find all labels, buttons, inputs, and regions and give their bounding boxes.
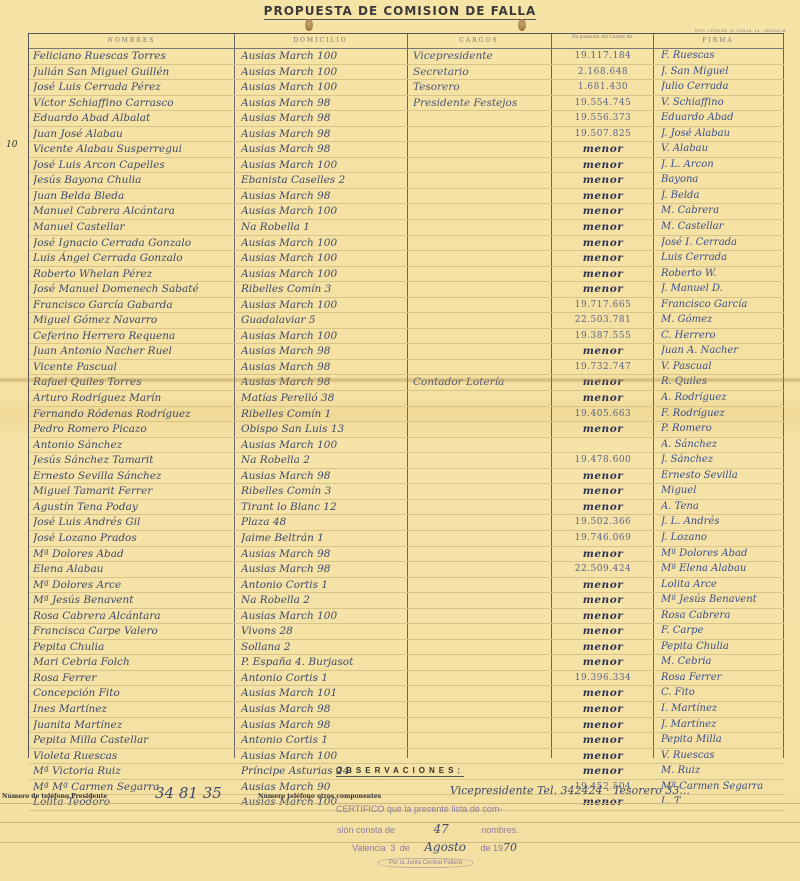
cell-domicilio: Ausias March 98 (241, 547, 407, 562)
cell-domicilio: Obispo San Luis 13 (241, 422, 407, 437)
cell-nombre: Manuel Castellar (33, 220, 233, 235)
cell-firma: Julio Cerrada (661, 80, 781, 95)
cell-firma: Mª Elena Alabau (661, 562, 781, 577)
cell-firma: M. Castellar (661, 220, 781, 235)
telefono-presidente-value: 34 81 35 (155, 784, 222, 802)
cell-carnet: menor (557, 142, 649, 157)
cell-carnet: menor (557, 204, 649, 219)
cell-carnet: menor (557, 189, 649, 204)
cell-carnet: menor (557, 686, 649, 701)
cell-carnet: menor (557, 578, 649, 593)
table-row: Juan Antonio Nacher RuelAusias March 98m… (29, 344, 784, 360)
table-row: Vicente PascualAusias March 9819.732.747… (29, 360, 784, 376)
cell-cargo (413, 655, 549, 670)
table-row: Jesús Sánchez TamaritNa Robella 219.478.… (29, 453, 784, 469)
certificado-suffix: nombres. (481, 825, 519, 835)
cell-cargo (413, 640, 549, 655)
cell-nombre: Víctor Schiaffino Carrasco (33, 96, 233, 111)
cell-firma: J. Belda (661, 189, 781, 204)
cell-nombre: Roberto Whelan Pérez (33, 267, 233, 282)
certificado-month: Agosto (424, 840, 466, 854)
cell-carnet: menor (557, 702, 649, 717)
cell-nombre: Eduardo Abad Albalat (33, 111, 233, 126)
cell-firma: F. Ruescas (661, 49, 781, 64)
table-row: José Lozano PradosJaime Beltrán 119.746.… (29, 531, 784, 547)
cell-cargo (413, 111, 549, 126)
cell-nombre: Violeta Ruescas (33, 749, 233, 764)
cell-carnet: menor (557, 236, 649, 251)
cell-firma: P. Romero (661, 422, 781, 437)
cell-firma: Pepita Milla (661, 733, 781, 748)
cell-domicilio: Ribelles Comín 3 (241, 282, 407, 297)
cell-cargo (413, 484, 549, 499)
cell-nombre: Rosa Ferrer (33, 671, 233, 686)
cell-firma: A. Tena (661, 500, 781, 515)
table-row: Mª Dolores ArceAntonio Cortis 1menorLoli… (29, 578, 784, 594)
cell-nombre: Luis Ángel Cerrada Gonzalo (33, 251, 233, 266)
header-carnet: En posesión del Carnet de (559, 34, 645, 49)
cell-domicilio: Matías Perelló 38 (241, 391, 407, 406)
cell-firma: Rosa Ferrer (661, 671, 781, 686)
certificado-de: de (400, 843, 410, 853)
cell-nombre: Mª Jesús Benavent (33, 593, 233, 608)
cell-cargo (413, 562, 549, 577)
cell-nombre: Manuel Cabrera Alcántara (33, 204, 233, 219)
cell-domicilio: Antonio Cortis 1 (241, 578, 407, 593)
cell-nombre: Concepción Fito (33, 686, 233, 701)
header-firma: FIRMA (653, 34, 783, 48)
table-row: Vicente Alabau SusperreguiAusias March 9… (29, 142, 784, 158)
cell-carnet: 1.681.430 (557, 80, 649, 95)
table-row: Manuel Cabrera AlcántaraAusias March 100… (29, 204, 784, 220)
cell-cargo (413, 142, 549, 157)
cell-domicilio: Ribelles Comín 3 (241, 484, 407, 499)
cell-nombre: Julián San Miguel Guillén (33, 65, 233, 80)
cell-nombre: Miguel Gómez Navarro (33, 313, 233, 328)
cell-domicilio: Ausias March 98 (241, 718, 407, 733)
certificado-count: 47 (434, 822, 449, 836)
cell-domicilio: Antonio Cortis 1 (241, 733, 407, 748)
cell-firma: J. San Miguel (661, 65, 781, 80)
cell-firma: J. Manuel D. (661, 282, 781, 297)
cell-domicilio: Na Robella 1 (241, 220, 407, 235)
cell-nombre: Ceferino Herrero Requena (33, 329, 233, 344)
header-domicilio: DOMICILIO (234, 34, 407, 48)
cell-firma: V. Schiaffino (661, 96, 781, 111)
cell-cargo (413, 267, 549, 282)
header-nombres: NOMBRES (29, 34, 234, 48)
cell-carnet: menor (557, 640, 649, 655)
cell-cargo (413, 173, 549, 188)
cell-domicilio: Tirant lo Blanc 12 (241, 500, 407, 515)
cell-carnet: 22.503.781 (557, 313, 649, 328)
table-row: Mari Cebria FolchP. España 4. Burjasotme… (29, 655, 784, 671)
table-row: Rosa FerrerAntonio Cortis 119.396.334Ros… (29, 671, 784, 687)
cell-cargo (413, 609, 549, 624)
table-row: Juan José AlabauAusias March 9819.507.82… (29, 127, 784, 143)
cell-domicilio: Ausias March 98 (241, 702, 407, 717)
cell-firma: Pepita Chulia (661, 640, 781, 655)
table-row: José Luis Arcon CapellesAusias March 100… (29, 158, 784, 174)
cell-carnet: menor (557, 282, 649, 297)
cell-carnet: menor (557, 422, 649, 437)
cell-cargo (413, 189, 549, 204)
table-row: Concepción FitoAusias March 101menorC. F… (29, 686, 784, 702)
observaciones-title: OBSERVACIONES: (0, 766, 800, 775)
cell-domicilio: Ausias March 100 (241, 329, 407, 344)
cell-carnet: menor (557, 267, 649, 282)
table-row: Miguel Gómez NavarroGuadalaviar 522.503.… (29, 313, 784, 329)
cell-firma: I. Martínez (661, 702, 781, 717)
cell-cargo: Secretario (413, 65, 549, 80)
cell-domicilio: Ausias March 100 (241, 204, 407, 219)
cell-nombre: Arturo Rodríguez Marín (33, 391, 233, 406)
cell-cargo (413, 220, 549, 235)
cell-domicilio: Guadalaviar 5 (241, 313, 407, 328)
cell-nombre: Juan Belda Bleda (33, 189, 233, 204)
cell-firma: José I. Cerrada (661, 236, 781, 251)
cell-domicilio: Ausias March 100 (241, 438, 407, 453)
cell-nombre: Juan Antonio Nacher Ruel (33, 344, 233, 359)
cell-carnet: 22.509.424 (557, 562, 649, 577)
header-cargos: CARGOS (407, 34, 551, 48)
cell-cargo (413, 298, 549, 313)
cell-nombre: Francisco García Gabarda (33, 298, 233, 313)
cell-cargo (413, 313, 549, 328)
cell-nombre: Jesús Bayona Chulia (33, 173, 233, 188)
table-body: Feliciano Ruescas TorresAusias March 100… (29, 49, 784, 811)
cell-nombre: Mª Dolores Abad (33, 547, 233, 562)
cell-firma: J. Lozano (661, 531, 781, 546)
cell-cargo (413, 422, 549, 437)
table-row: Agustín Tena PodayTirant lo Blanc 12meno… (29, 500, 784, 516)
cell-domicilio: Ausias March 98 (241, 562, 407, 577)
cell-firma: Lolita Arce (661, 578, 781, 593)
cell-nombre: Francisca Carpe Valero (33, 624, 233, 639)
cell-cargo (413, 236, 549, 251)
cell-carnet: menor (557, 391, 649, 406)
cell-domicilio: Ausias March 100 (241, 267, 407, 282)
cell-firma: C. Herrero (661, 329, 781, 344)
cell-carnet: menor (557, 593, 649, 608)
table-row: Juan Belda BledaAusias March 98menorJ. B… (29, 189, 784, 205)
table-row: Antonio SánchezAusias March 100A. Sánche… (29, 438, 784, 454)
certificado-line-2: sión consta de 47 nombres. (337, 820, 519, 838)
cell-domicilio: Ausias March 98 (241, 142, 407, 157)
certificado-day: 3 (390, 843, 395, 853)
cell-carnet: menor (557, 469, 649, 484)
cell-cargo (413, 593, 549, 608)
cell-cargo (413, 749, 549, 764)
cell-domicilio: Ausias March 98 (241, 96, 407, 111)
table-row: Roberto Whelan PérezAusias March 100meno… (29, 267, 784, 283)
cell-nombre: Jesús Sánchez Tamarit (33, 453, 233, 468)
cell-nombre: Pedro Romero Picazo (33, 422, 233, 437)
cell-carnet: menor (557, 158, 649, 173)
cell-cargo (413, 453, 549, 468)
table-row: Miguel Tamarit FerrerRibelles Comín 3men… (29, 484, 784, 500)
cell-firma: Roberto W. (661, 267, 781, 282)
table-row: Mª Jesús BenaventNa Robella 2menorMª Jes… (29, 593, 784, 609)
cell-firma: Francisco García (661, 298, 781, 313)
cell-carnet: menor (557, 624, 649, 639)
cell-firma: Mª Jesús Benavent (661, 593, 781, 608)
cell-domicilio: Ausias March 100 (241, 158, 407, 173)
cell-firma: Miguel (661, 484, 781, 499)
punch-hole-right (518, 19, 526, 31)
cell-firma: Luis Cerrada (661, 251, 781, 266)
cell-nombre: Mari Cebria Folch (33, 655, 233, 670)
cell-cargo (413, 391, 549, 406)
cell-nombre: Ines Martínez (33, 702, 233, 717)
certificado-year-prefix: de 19 (480, 843, 503, 853)
certificado-line-1: CERTIFICO que la presente lista de com- (336, 804, 502, 814)
cell-nombre: José Luis Andrés Gil (33, 515, 233, 530)
cell-domicilio: Ausias March 98 (241, 344, 407, 359)
cell-cargo (413, 547, 549, 562)
cell-carnet: 19.405.663 (557, 407, 649, 422)
table-row: Pedro Romero PicazoObispo San Luis 13men… (29, 422, 784, 438)
cell-nombre: Vicente Alabau Susperregui (33, 142, 233, 157)
cell-carnet: menor (557, 655, 649, 670)
table-row: Manuel CastellarNa Robella 1menorM. Cast… (29, 220, 784, 236)
cell-firma: M. Gómez (661, 313, 781, 328)
cell-nombre: José Manuel Domenech Sabaté (33, 282, 233, 297)
telefono-otros-value: Vicepresidente Tel. 342424 · Tesorero 33… (450, 784, 690, 797)
cell-firma: A. Sánchez (661, 438, 781, 453)
cell-firma: Eduardo Abad (661, 111, 781, 126)
cell-carnet: menor (557, 484, 649, 499)
cell-cargo (413, 624, 549, 639)
cell-firma: Juan A. Nacher (661, 344, 781, 359)
cell-firma: J. L. Andrés (661, 515, 781, 530)
table-row: Fernando Ródenas RodríguezRibelles Comín… (29, 407, 784, 423)
cell-nombre: Feliciano Ruescas Torres (33, 49, 233, 64)
cell-nombre: Juan José Alabau (33, 127, 233, 142)
cell-carnet: menor (557, 547, 649, 562)
cell-cargo (413, 500, 549, 515)
cell-domicilio: Ausias March 101 (241, 686, 407, 701)
cell-nombre: Pepita Milla Castellar (33, 733, 233, 748)
cell-cargo (413, 702, 549, 717)
cell-carnet: 19.396.334 (557, 671, 649, 686)
table-row: Ceferino Herrero RequenaAusias March 100… (29, 329, 784, 345)
cell-domicilio: Plaza 48 (241, 515, 407, 530)
cell-firma: J. L. Arcon (661, 158, 781, 173)
cell-cargo: Tesorero (413, 80, 549, 95)
cell-nombre: Elena Alabau (33, 562, 233, 577)
table-row: Luis Ángel Cerrada GonzaloAusias March 1… (29, 251, 784, 267)
table-row: José Luis Andrés GilPlaza 4819.502.366J.… (29, 515, 784, 531)
cell-domicilio: Ausias March 98 (241, 189, 407, 204)
table-row: Pepita Milla CastellarAntonio Cortis 1me… (29, 733, 784, 749)
cell-domicilio: Vivons 28 (241, 624, 407, 639)
cell-domicilio: Ausias March 100 (241, 298, 407, 313)
document-title: PROPUESTA DE COMISION DE FALLA (0, 4, 800, 18)
cell-nombre: Vicente Pascual (33, 360, 233, 375)
cell-carnet: menor (557, 251, 649, 266)
cell-carnet (557, 438, 649, 453)
cell-cargo (413, 407, 549, 422)
cell-firma: C. Fito (661, 686, 781, 701)
cell-cargo: Presidente Festejos (413, 96, 549, 111)
cell-carnet: 19.478.600 (557, 453, 649, 468)
certificado-line-3: Valencia 3 de Agosto de 1970 (352, 838, 517, 856)
cell-domicilio: Ausias March 100 (241, 236, 407, 251)
cell-firma: F. Rodríguez (661, 407, 781, 422)
cell-cargo (413, 344, 549, 359)
cell-cargo (413, 686, 549, 701)
cell-firma: M. Cabrera (661, 204, 781, 219)
cell-cargo (413, 718, 549, 733)
cell-cargo (413, 329, 549, 344)
cell-firma: J. Martínez (661, 718, 781, 733)
commission-table: NOMBRES DOMICILIO CARGOS En posesión del… (28, 33, 784, 758)
cell-firma: V. Ruescas (661, 749, 781, 764)
cell-nombre: Fernando Ródenas Rodríguez (33, 407, 233, 422)
cell-domicilio: Ausias March 100 (241, 609, 407, 624)
cell-carnet: 19.717.665 (557, 298, 649, 313)
cell-firma: Rosa Cabrera (661, 609, 781, 624)
cell-cargo (413, 469, 549, 484)
table-row: Francisco García GabardaAusias March 100… (29, 298, 784, 314)
cell-domicilio: Na Robella 2 (241, 453, 407, 468)
certificado-prefix: sión consta de (337, 825, 395, 835)
cell-domicilio: Ausias March 98 (241, 360, 407, 375)
table-row: Violeta RuescasAusias March 100menorV. R… (29, 749, 784, 765)
cell-nombre: Antonio Sánchez (33, 438, 233, 453)
cell-firma: A. Rodríguez (661, 391, 781, 406)
cell-carnet: 19.387.555 (557, 329, 649, 344)
cell-cargo (413, 127, 549, 142)
document-page: PROPUESTA DE COMISION DE FALLA TIPO. LEÓ… (0, 0, 800, 881)
telefono-otros-label: Número teléfono otros componentes (258, 793, 381, 800)
cell-firma: M. Cebria (661, 655, 781, 670)
paper-fold (0, 377, 800, 383)
cell-domicilio: Ausias March 100 (241, 65, 407, 80)
cell-cargo (413, 251, 549, 266)
cell-cargo (413, 438, 549, 453)
certificado-year: 70 (503, 841, 517, 854)
cell-cargo (413, 733, 549, 748)
cell-carnet: menor (557, 173, 649, 188)
table-row: Eduardo Abad AlbalatAusias March 9819.55… (29, 111, 784, 127)
cell-domicilio: Na Robella 2 (241, 593, 407, 608)
punch-hole-left (305, 19, 313, 31)
cell-nombre: Juanita Martínez (33, 718, 233, 733)
cell-nombre: Ernesto Sevilla Sánchez (33, 469, 233, 484)
cell-domicilio: Ribelles Comín 1 (241, 407, 407, 422)
cell-carnet: menor (557, 718, 649, 733)
table-row: Francisca Carpe ValeroVivons 28menorF. C… (29, 624, 784, 640)
cell-cargo (413, 578, 549, 593)
cell-domicilio: Ausias March 100 (241, 80, 407, 95)
row-marker: 10 (6, 140, 17, 150)
cell-domicilio: Ausias March 100 (241, 749, 407, 764)
table-row: Ernesto Sevilla SánchezAusias March 98me… (29, 469, 784, 485)
cell-cargo: Vicepresidente (413, 49, 549, 64)
cell-domicilio: P. España 4. Burjasot (241, 655, 407, 670)
table-row: José Manuel Domenech SabatéRibelles Comí… (29, 282, 784, 298)
cell-firma: V. Pascual (661, 360, 781, 375)
cell-nombre: José Lozano Prados (33, 531, 233, 546)
cell-cargo (413, 204, 549, 219)
cell-domicilio: Ausias March 100 (241, 251, 407, 266)
cell-nombre: Mª Dolores Arce (33, 578, 233, 593)
cell-domicilio: Antonio Cortis 1 (241, 671, 407, 686)
cell-carnet: 19.732.747 (557, 360, 649, 375)
cell-firma: V. Alabau (661, 142, 781, 157)
cell-firma: J. Sánchez (661, 453, 781, 468)
cell-nombre: Agustín Tena Poday (33, 500, 233, 515)
cell-domicilio: Jaime Beltrán 1 (241, 531, 407, 546)
cell-cargo (413, 671, 549, 686)
cell-firma: F. Carpe (661, 624, 781, 639)
table-row: Julián San Miguel GuillénAusias March 10… (29, 65, 784, 81)
junta-central-stamp: Por la Junta Central Fallera (378, 858, 473, 868)
cell-firma: Mª Dolores Abad (661, 547, 781, 562)
cell-domicilio: Ausias March 98 (241, 111, 407, 126)
cell-carnet: 19.117.184 (557, 49, 649, 64)
cell-domicilio: Ausias March 98 (241, 469, 407, 484)
telefono-presidente-label: Número de teléfono Presidente (2, 793, 107, 800)
table-row: Pepita ChuliaSollana 2menorPepita Chulia (29, 640, 784, 656)
table-row: Elena AlabauAusias March 9822.509.424Mª … (29, 562, 784, 578)
cell-nombre: José Luis Arcon Capelles (33, 158, 233, 173)
table-row: Rosa Cabrera AlcántaraAusias March 100me… (29, 609, 784, 625)
cell-carnet: menor (557, 733, 649, 748)
table-row: Arturo Rodríguez MarínMatías Perelló 38m… (29, 391, 784, 407)
cell-firma: J. José Alabau (661, 127, 781, 142)
cell-cargo (413, 282, 549, 297)
table-row: José Luis Cerrada PérezAusias March 100T… (29, 80, 784, 96)
cell-carnet: 19.554.745 (557, 96, 649, 111)
cell-carnet: 2.168.648 (557, 65, 649, 80)
cell-firma: Ernesto Sevilla (661, 469, 781, 484)
table-row: Mª Dolores AbadAusias March 98menorMª Do… (29, 547, 784, 563)
table-row: Jesús Bayona ChuliaEbanista Caselles 2me… (29, 173, 784, 189)
cell-carnet: menor (557, 749, 649, 764)
certificado-city: Valencia (352, 843, 386, 853)
cell-cargo (413, 515, 549, 530)
table-row: Ines MartínezAusias March 98menorI. Mart… (29, 702, 784, 718)
cell-domicilio: Sollana 2 (241, 640, 407, 655)
cell-carnet: menor (557, 609, 649, 624)
cell-nombre: Miguel Tamarit Ferrer (33, 484, 233, 499)
cell-cargo (413, 360, 549, 375)
cell-domicilio: Ausias March 98 (241, 127, 407, 142)
cell-carnet: menor (557, 220, 649, 235)
cell-domicilio: Ebanista Caselles 2 (241, 173, 407, 188)
cell-carnet: menor (557, 500, 649, 515)
cell-cargo (413, 158, 549, 173)
cell-carnet: menor (557, 344, 649, 359)
cell-cargo (413, 531, 549, 546)
cell-carnet: 19.507.825 (557, 127, 649, 142)
cell-nombre: Pepita Chulia (33, 640, 233, 655)
cell-domicilio: Ausias March 100 (241, 49, 407, 64)
cell-carnet: 19.556.373 (557, 111, 649, 126)
table-row: Juanita MartínezAusias March 98menorJ. M… (29, 718, 784, 734)
table-row: Feliciano Ruescas TorresAusias March 100… (29, 49, 784, 65)
cell-nombre: Rosa Cabrera Alcántara (33, 609, 233, 624)
cell-nombre: José Ignacio Cerrada Gonzalo (33, 236, 233, 251)
cell-firma: Bayona (661, 173, 781, 188)
table-row: Víctor Schiaffino CarrascoAusias March 9… (29, 96, 784, 112)
cell-carnet: 19.746.069 (557, 531, 649, 546)
table-row: José Ignacio Cerrada GonzaloAusias March… (29, 236, 784, 252)
cell-carnet: 19.502.366 (557, 515, 649, 530)
